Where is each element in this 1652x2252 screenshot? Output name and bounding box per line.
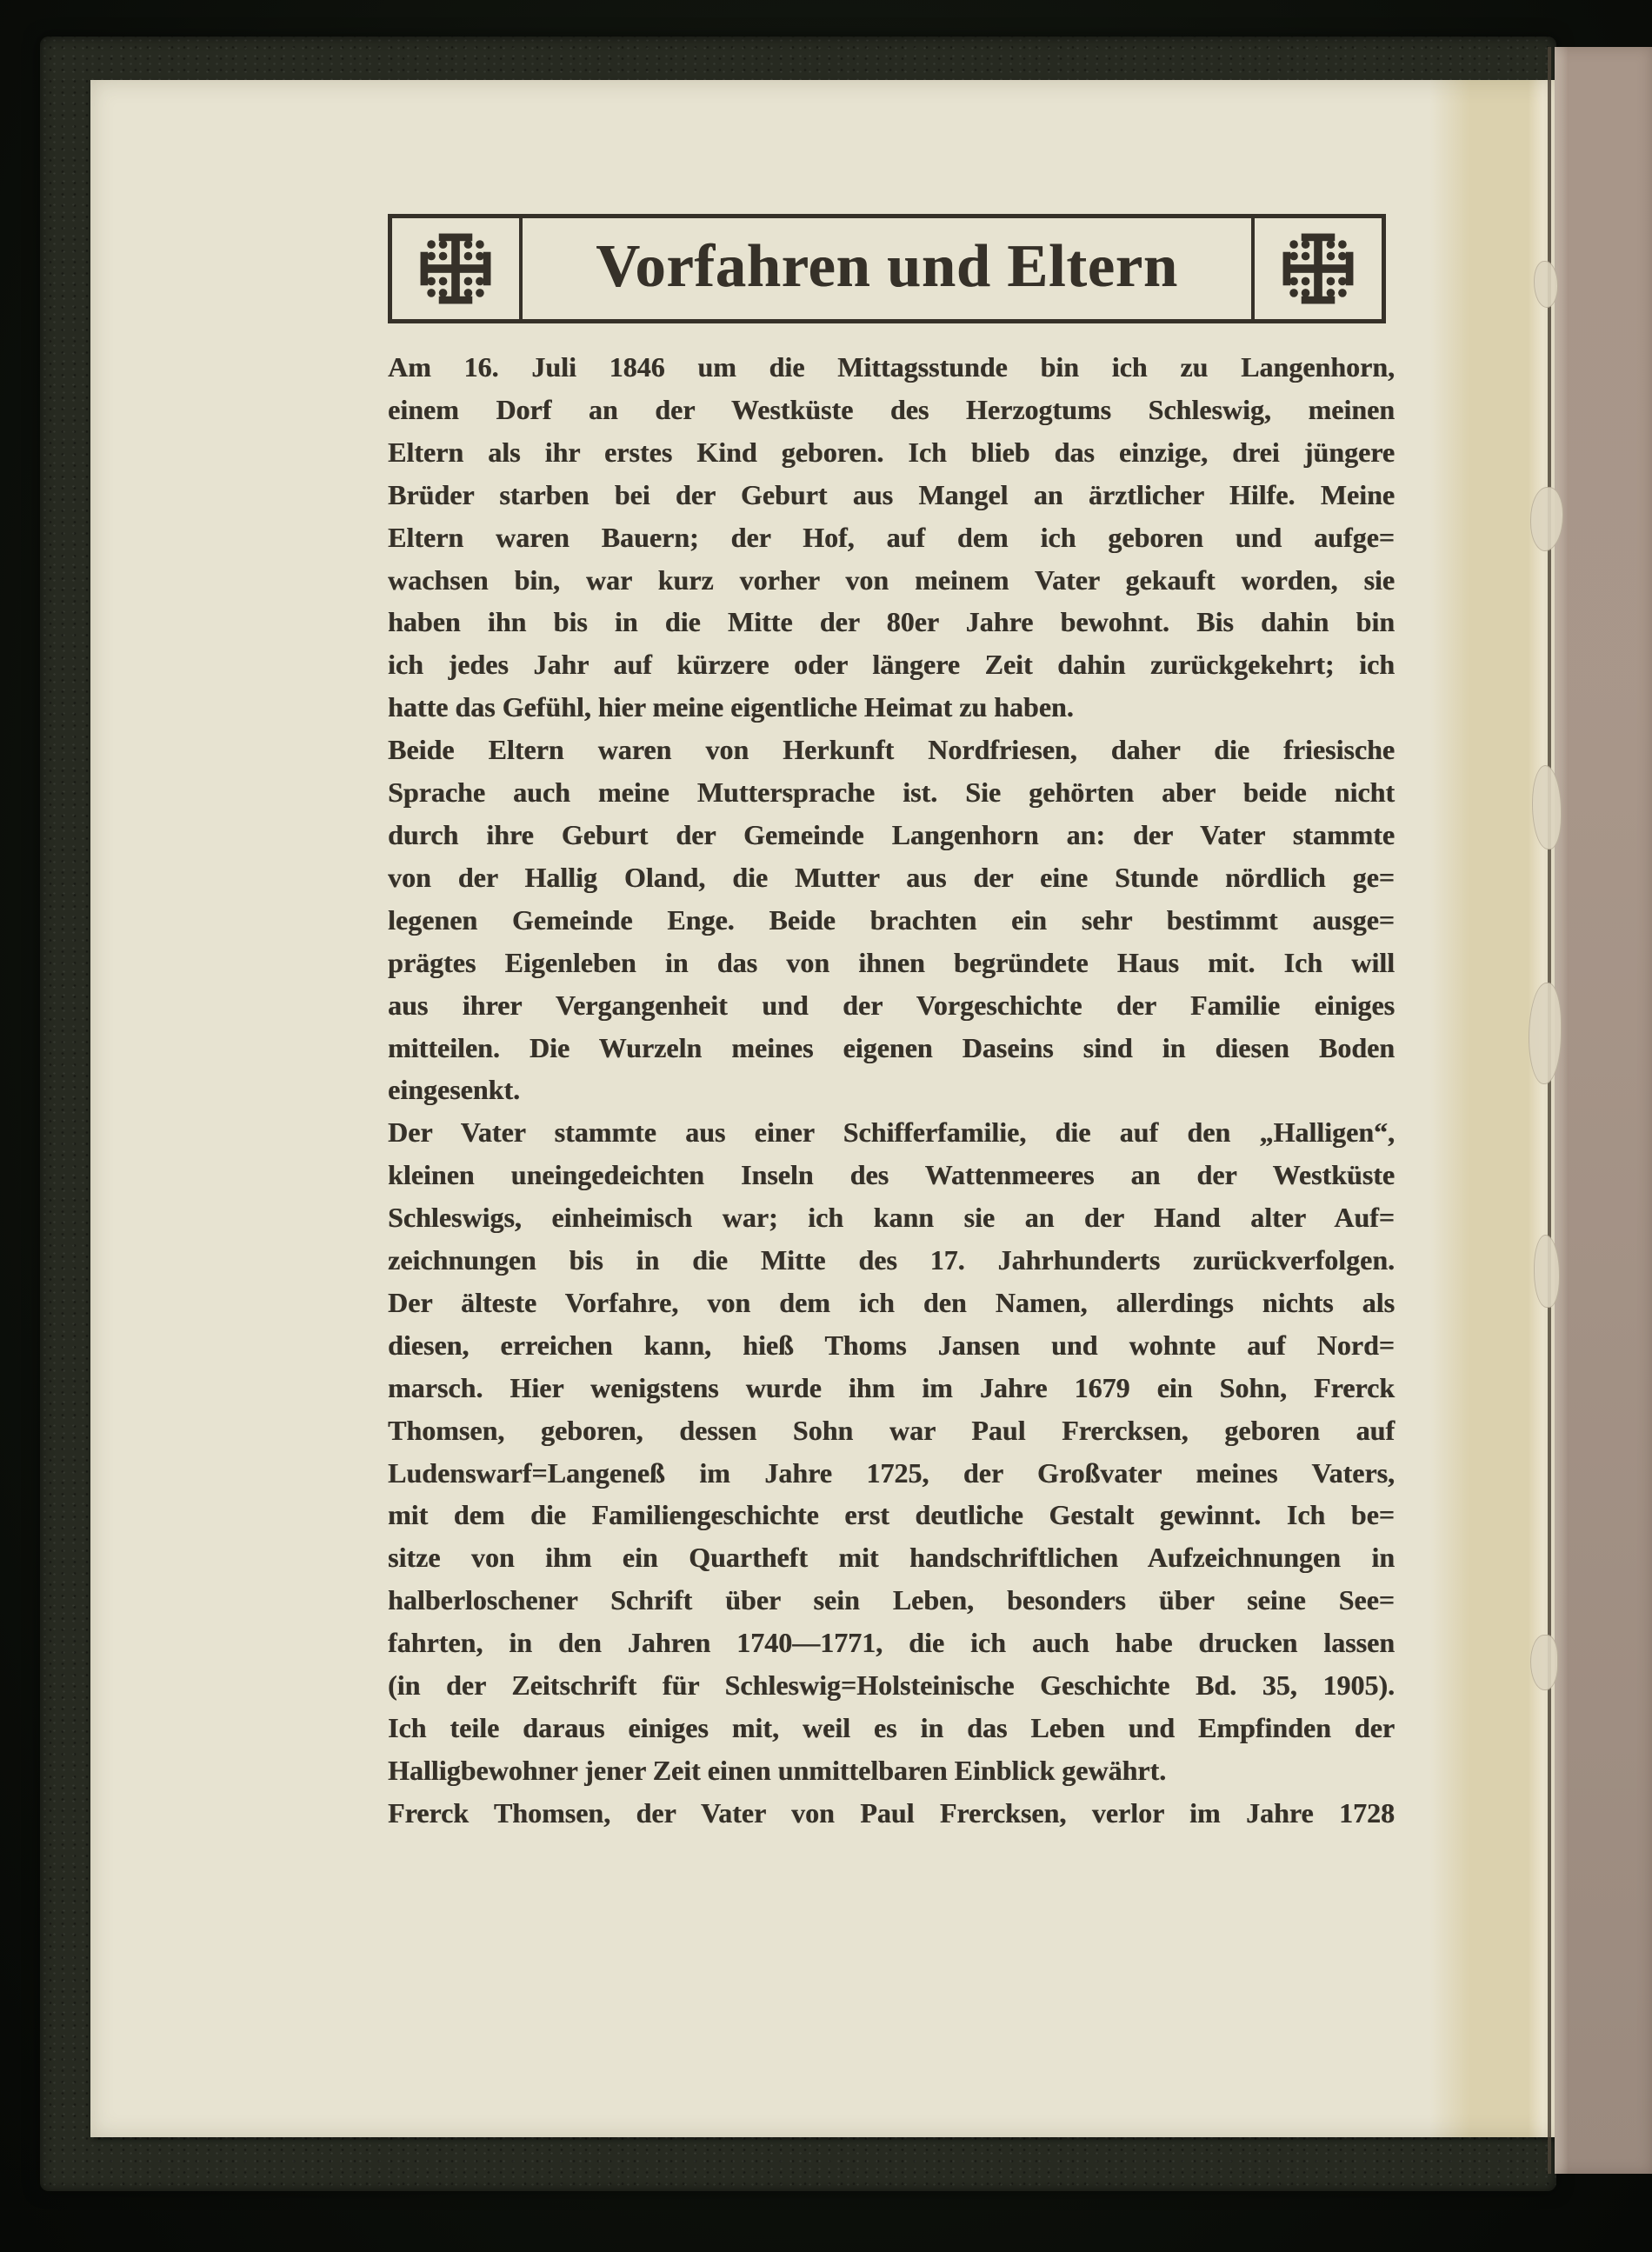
torn-paper-fragment: [1534, 261, 1558, 308]
text-line: sitze von ihm ein Quartheft mit handschr…: [388, 1536, 1395, 1579]
text-line: Frerck Thomsen, der Vater von Paul Frerc…: [388, 1792, 1395, 1835]
text-line: eingesenkt.: [388, 1069, 1395, 1111]
chapter-heading-banner: Vorfahren und Eltern: [388, 214, 1386, 323]
text-line: wachsen bin, war kurz vorher von meinem …: [388, 559, 1395, 602]
text-line: Schleswigs, einheimisch war; ich kann si…: [388, 1196, 1395, 1239]
book-page: Vorfahren und Eltern: [90, 80, 1555, 2137]
text-line: Sprache auch meine Muttersprache ist. Si…: [388, 771, 1395, 814]
text-line: hatte das Gefühl, hier meine eigentliche…: [388, 686, 1395, 729]
text-line: aus ihrer Vergangenheit und der Vorgesch…: [388, 984, 1395, 1027]
cross-ornament-icon: [410, 223, 501, 314]
text-line: legenen Gemeinde Enge. Beide brachten ei…: [388, 899, 1395, 942]
text-line: zeichnungen bis in die Mitte des 17. Jah…: [388, 1239, 1395, 1282]
text-line: Am 16. Juli 1846 um die Mittagsstunde bi…: [388, 346, 1395, 389]
chapter-title: Vorfahren und Eltern: [523, 218, 1251, 319]
text-line: Ludenswarf=Langeneß im Jahre 1725, der G…: [388, 1452, 1395, 1495]
text-line: mitteilen. Die Wurzeln meines eigenen Da…: [388, 1027, 1395, 1069]
gutter-seam: [1548, 47, 1551, 2174]
body-text: Am 16. Juli 1846 um die Mittagsstunde bi…: [388, 346, 1395, 1835]
text-line: Brüder starben bei der Geburt aus Mangel…: [388, 474, 1395, 516]
text-line: Eltern als ihr erstes Kind geboren. Ich …: [388, 431, 1395, 474]
text-line: Halligbewohner jener Zeit einen unmittel…: [388, 1749, 1395, 1792]
paragraph: Beide Eltern waren von Herkunft Nordfrie…: [388, 729, 1395, 1111]
text-line: Beide Eltern waren von Herkunft Nordfrie…: [388, 729, 1395, 771]
paragraph: Am 16. Juli 1846 um die Mittagsstunde bi…: [388, 346, 1395, 729]
paragraph: Der Vater stammte aus einer Schifferfami…: [388, 1111, 1395, 1792]
heading-ornament-left: [392, 218, 523, 319]
text-line: kleinen uneingedeichten Inseln des Watte…: [388, 1154, 1395, 1196]
heading-ornament-right: [1251, 218, 1382, 319]
next-page-edge: [1555, 47, 1652, 2174]
text-line: marsch. Hier wenigstens wurde ihm im Jah…: [388, 1367, 1395, 1409]
text-line: ich jedes Jahr auf kürzere oder längere …: [388, 643, 1395, 686]
text-line: Ich teile daraus einiges mit, weil es in…: [388, 1707, 1395, 1749]
torn-paper-fragment: [1530, 1635, 1558, 1690]
text-line: Thomsen, geboren, dessen Sohn war Paul F…: [388, 1409, 1395, 1452]
text-line: (in der Zeitschrift für Schleswig=Holste…: [388, 1664, 1395, 1707]
text-line: Der Vater stammte aus einer Schifferfami…: [388, 1111, 1395, 1154]
text-line: diesen, erreichen kann, hieß Thoms Janse…: [388, 1324, 1395, 1367]
text-line: einem Dorf an der Westküste des Herzogtu…: [388, 389, 1395, 431]
text-line: haben ihn bis in die Mitte der 80er Jahr…: [388, 601, 1395, 643]
torn-paper-fragment: [1529, 983, 1562, 1084]
text-line: halberloschener Schrift über sein Leben,…: [388, 1579, 1395, 1622]
text-line: Der älteste Vorfahre, von dem ich den Na…: [388, 1282, 1395, 1324]
scanned-book-photo: Vorfahren und Eltern: [0, 0, 1652, 2252]
text-line: von der Hallig Oland, die Mutter aus der…: [388, 856, 1395, 899]
text-line: prägtes Eigenleben in das von ihnen begr…: [388, 942, 1395, 984]
text-line: durch ihre Geburt der Gemeinde Langenhor…: [388, 814, 1395, 856]
text-line: fahrten, in den Jahren 1740—1771, die ic…: [388, 1622, 1395, 1664]
text-line: mit dem die Familiengeschichte erst deut…: [388, 1494, 1395, 1536]
cross-ornament-icon: [1273, 223, 1363, 314]
paragraph: Frerck Thomsen, der Vater von Paul Frerc…: [388, 1792, 1395, 1835]
text-line: Eltern waren Bauern; der Hof, auf dem ic…: [388, 516, 1395, 559]
